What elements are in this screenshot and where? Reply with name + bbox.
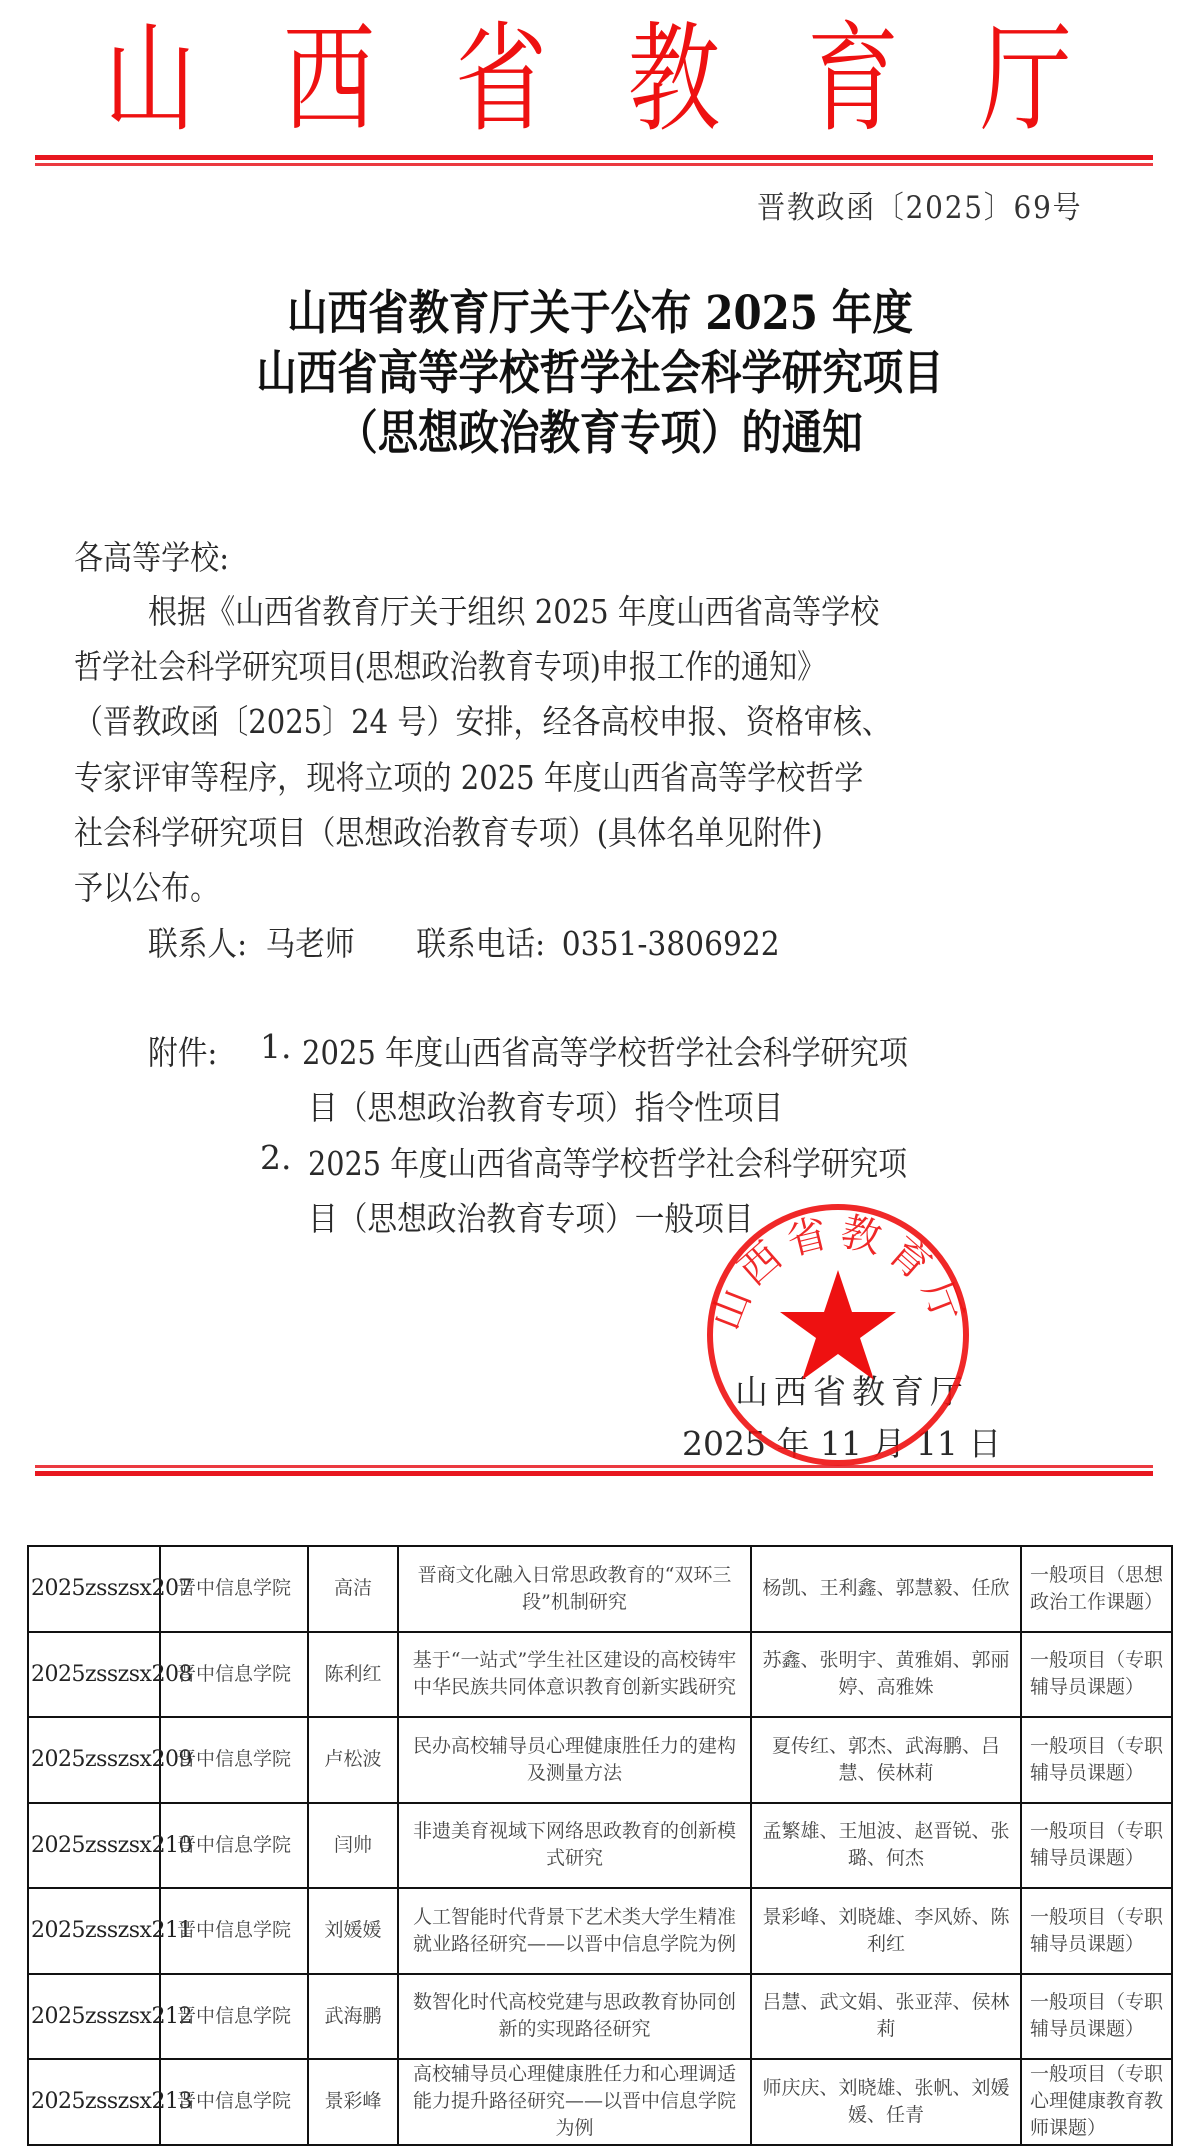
masthead-char: 育 [807, 14, 899, 144]
attachments-label: 附件: [148, 1027, 217, 1074]
title-line: 山西省教育厅关于公布 2025 年度 [84, 284, 1116, 344]
project-title: 人工智能时代背景下艺术类大学生精准就业路径研究——以晋中信息学院为例 [398, 1888, 751, 1974]
project-list-table: 2025zsszsx207 晋中信息学院 高洁 晋商文化融入日常思政教育的“双环… [27, 1545, 1173, 2146]
salutation: 各高等学校: [74, 532, 229, 579]
attachment-1-line1: 2025 年度山西省高等学校哲学社会科学研究项 [302, 1027, 908, 1074]
team-members: 景彩峰、刘晓雄、李风娇、陈利红 [751, 1888, 1021, 1974]
school-name: 晋中信息学院 [160, 1888, 308, 1974]
project-title: 晋商文化融入日常思政教育的“双环三段”机制研究 [398, 1546, 751, 1632]
school-name: 晋中信息学院 [160, 2059, 308, 2145]
project-title: 数智化时代高校党建与思政教育协同创新的实现路径研究 [398, 1974, 751, 2060]
project-title: 民办高校辅导员心理健康胜任力的建构及测量方法 [398, 1717, 751, 1803]
team-members: 师庆庆、刘晓雄、张帆、刘媛媛、任青 [751, 2059, 1021, 2145]
attachment-2-line1: 2025 年度山西省高等学校哲学社会科学研究项 [308, 1138, 907, 1185]
masthead-char: 西 [283, 14, 375, 144]
star-icon [780, 1270, 896, 1380]
project-type: 一般项目（专职辅导员课题） [1021, 1803, 1172, 1889]
school-name: 晋中信息学院 [160, 1632, 308, 1718]
attachment-1-line2: 目（思想政治教育专项）指令性项目 [308, 1082, 783, 1129]
footer-divider-thick [35, 1471, 1153, 1476]
team-members: 苏鑫、张明宇、黄雅娟、郭丽婷、高雅姝 [751, 1632, 1021, 1718]
project-leader: 刘媛媛 [308, 1888, 398, 1974]
project-type: 一般项目（专职辅导员课题） [1021, 1974, 1172, 2060]
masthead-char: 山 [104, 14, 196, 144]
project-code: 2025zsszsx209 [28, 1717, 160, 1803]
school-name: 晋中信息学院 [160, 1717, 308, 1803]
project-title: 高校辅导员心理健康胜任力和心理调适能力提升路径研究——以晋中信息学院为例 [398, 2059, 751, 2145]
team-members: 吕慧、武文娟、张亚萍、侯林莉 [751, 1974, 1021, 2060]
project-leader: 高洁 [308, 1546, 398, 1632]
table-row: 2025zsszsx210 晋中信息学院 闫帅 非遗美育视域下网络思政教育的创新… [28, 1803, 1172, 1889]
masthead: 山 西 省 教 育 厅 [0, 14, 1200, 144]
table-row: 2025zsszsx209 晋中信息学院 卢松波 民办高校辅导员心理健康胜任力的… [28, 1717, 1172, 1803]
official-seal-stamp: 山西省教育厅 [703, 1200, 973, 1470]
phone-number: 0351-3806922 [562, 924, 780, 963]
body-line: 哲学社会科学研究项目(思想政治教育专项)申报工作的通知》 [74, 641, 825, 688]
header-divider-thin [35, 163, 1153, 166]
project-code: 2025zsszsx210 [28, 1803, 160, 1889]
project-type: 一般项目（专职心理健康教育教师课题） [1021, 2059, 1172, 2145]
table-row: 2025zsszsx212 晋中信息学院 武海鹏 数智化时代高校党建与思政教育协… [28, 1974, 1172, 2060]
body-line: 社会科学研究项目（思想政治教育专项）(具体名单见附件) [74, 807, 823, 854]
header-divider-thick [35, 155, 1153, 160]
masthead-char: 教 [628, 14, 720, 144]
project-leader: 卢松波 [308, 1717, 398, 1803]
project-leader: 景彩峰 [308, 2059, 398, 2145]
project-code: 2025zsszsx207 [28, 1546, 160, 1632]
team-members: 夏传红、郭杰、武海鹏、吕慧、侯林莉 [751, 1717, 1021, 1803]
school-name: 晋中信息学院 [160, 1546, 308, 1632]
project-code: 2025zsszsx211 [28, 1888, 160, 1974]
contact-line: 联系人: 马老师 联系电话: 0351-3806922 [148, 918, 780, 965]
project-type: 一般项目（专职辅导员课题） [1021, 1632, 1172, 1718]
masthead-char: 省 [455, 14, 547, 144]
title-line: （思想政治教育专项）的通知 [84, 404, 1116, 464]
document-title: 山西省教育厅关于公布 2025 年度 山西省高等学校哲学社会科学研究项目 （思想… [0, 284, 1200, 464]
document-number: 晋教政函〔2025〕69号 [757, 182, 1082, 227]
contact-label: 联系人: [148, 924, 247, 963]
project-leader: 闫帅 [308, 1803, 398, 1889]
attachment-num: 1. [260, 1027, 292, 1066]
body-line: 根据《山西省教育厅关于组织 2025 年度山西省高等学校 [148, 586, 879, 633]
body-line: 予以公布。 [74, 862, 219, 909]
table-row: 2025zsszsx207 晋中信息学院 高洁 晋商文化融入日常思政教育的“双环… [28, 1546, 1172, 1632]
team-members: 孟繁雄、王旭波、赵晋锐、张璐、何杰 [751, 1803, 1021, 1889]
project-type: 一般项目（思想政治工作课题） [1021, 1546, 1172, 1632]
project-type: 一般项目（专职辅导员课题） [1021, 1888, 1172, 1974]
school-name: 晋中信息学院 [160, 1974, 308, 2060]
body-line: 专家评审等程序，现将立项的 2025 年度山西省高等学校哲学 [74, 752, 863, 799]
footer-divider-thin [35, 1465, 1153, 1468]
attachment-2-line2: 目（思想政治教育专项）一般项目 [308, 1193, 754, 1240]
masthead-char: 厅 [980, 14, 1072, 144]
project-code: 2025zsszsx213 [28, 2059, 160, 2145]
body-line: （晋教政函〔2025〕24 号）安排，经各高校申报、资格审核、 [74, 696, 891, 743]
table-row: 2025zsszsx213 晋中信息学院 景彩峰 高校辅导员心理健康胜任力和心理… [28, 2059, 1172, 2145]
phone-label: 联系电话: [416, 924, 545, 963]
project-title: 非遗美育视域下网络思政教育的创新模式研究 [398, 1803, 751, 1889]
table-row: 2025zsszsx208 晋中信息学院 陈利红 基于“一站式”学生社区建设的高… [28, 1632, 1172, 1718]
contact-name: 马老师 [266, 924, 355, 963]
table-row: 2025zsszsx211 晋中信息学院 刘媛媛 人工智能时代背景下艺术类大学生… [28, 1888, 1172, 1974]
project-leader: 陈利红 [308, 1632, 398, 1718]
project-type: 一般项目（专职辅导员课题） [1021, 1717, 1172, 1803]
project-code: 2025zsszsx208 [28, 1632, 160, 1718]
school-name: 晋中信息学院 [160, 1803, 308, 1889]
project-title: 基于“一站式”学生社区建设的高校铸牢中华民族共同体意识教育创新实践研究 [398, 1632, 751, 1718]
team-members: 杨凯、王利鑫、郭慧毅、任欣 [751, 1546, 1021, 1632]
project-code: 2025zsszsx212 [28, 1974, 160, 2060]
title-line: 山西省高等学校哲学社会科学研究项目 [84, 344, 1116, 404]
project-leader: 武海鹏 [308, 1974, 398, 2060]
attachment-num: 2. [260, 1138, 292, 1177]
